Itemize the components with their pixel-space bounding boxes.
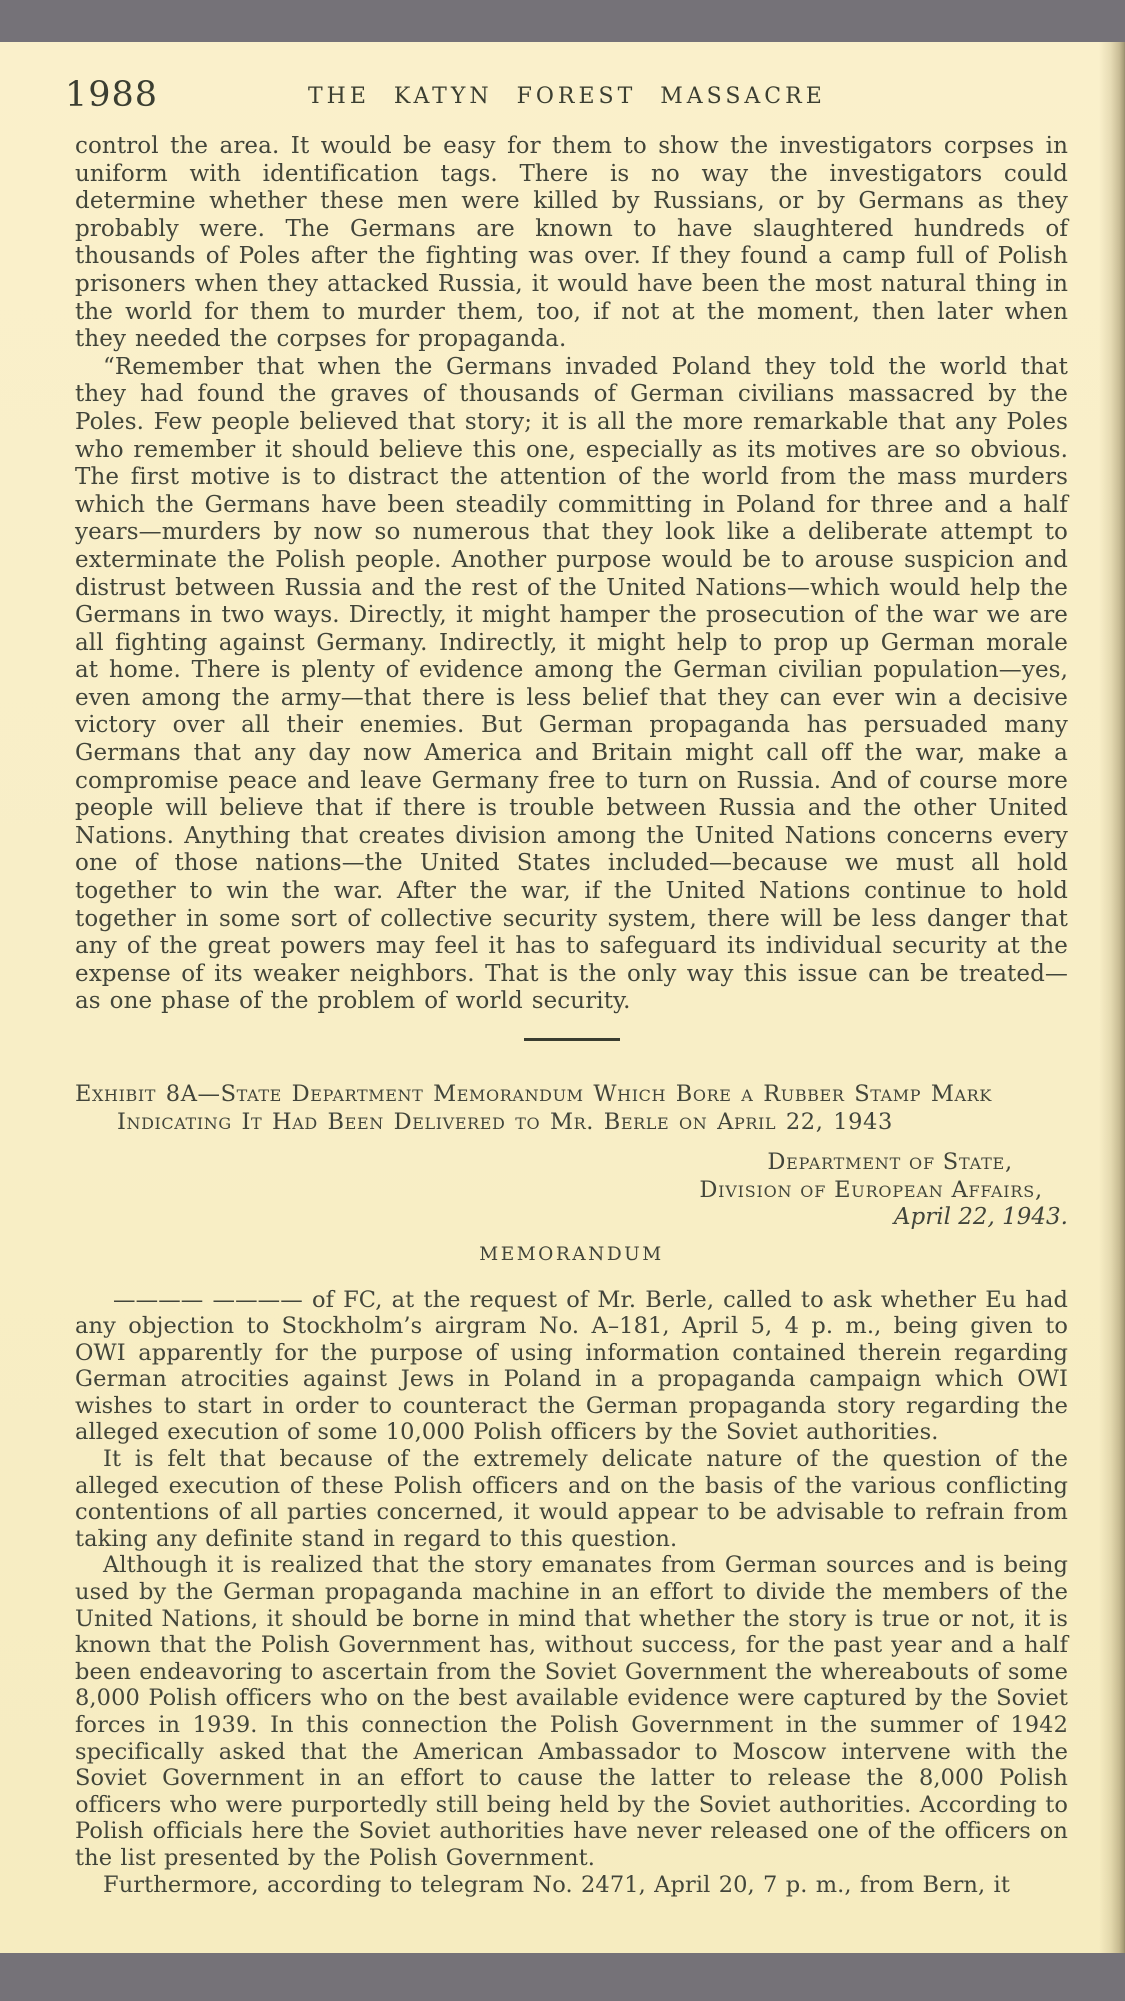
memo-letterhead: Department of State, Division of Europea…: [75, 1149, 1068, 1232]
testimony-paragraph-quote: “Remember that when the Germans invaded …: [75, 354, 1068, 1016]
section-divider-rule: [524, 1038, 620, 1041]
book-page: 1988 THE KATYN FOREST MASSACRE control t…: [0, 42, 1125, 1953]
letterhead-date: April 22, 1943.: [75, 1204, 1068, 1232]
scanned-book-page-viewer: { "page": { "number": "1988", "running_t…: [0, 0, 1125, 2001]
testimony-paragraph-continuation: control the area. It would be easy for t…: [75, 133, 1068, 354]
memo-paragraph: ———— ———— of FC, at the request of Mr. B…: [75, 1287, 1068, 1447]
memo-paragraph: Furthermore, according to telegram No. 2…: [75, 1872, 1068, 1899]
exhibit-heading: Exhibit 8A—State Department Memorandum W…: [75, 1081, 1068, 1136]
memo-paragraph: It is felt that because of the extremely…: [75, 1446, 1068, 1552]
page-content: 1988 THE KATYN FOREST MASSACRE control t…: [0, 75, 1125, 1898]
page-number: 1988: [65, 75, 158, 115]
running-title: THE KATYN FOREST MASSACRE: [308, 84, 826, 109]
page-edge-shadow: [1099, 42, 1125, 1953]
memo-doc-type-heading: MEMORANDUM: [75, 1244, 1068, 1265]
page-header: 1988 THE KATYN FOREST MASSACRE: [75, 75, 1068, 117]
letterhead-department: Department of State,: [75, 1149, 1068, 1177]
letterhead-division: Division of European Affairs,: [75, 1177, 1068, 1205]
memo-paragraph: Although it is realized that the story e…: [75, 1552, 1068, 1871]
